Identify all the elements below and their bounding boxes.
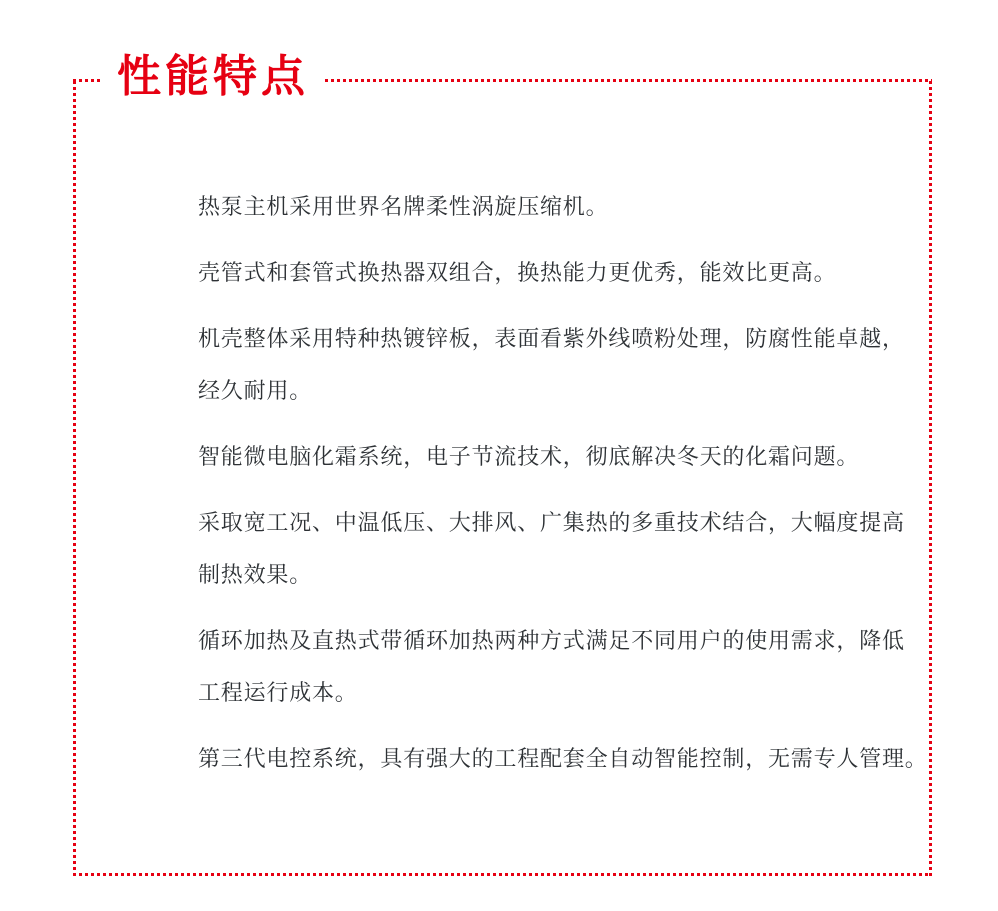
feature-paragraph: 机壳整体采用特种热镀锌板，表面看紫外线喷粉处理，防腐性能卓越， 经久耐用。	[198, 313, 907, 417]
feature-line: 智能微电脑化霜系统，电子节流技术，彻底解决冬天的化霜问题。	[198, 431, 907, 483]
feature-line: 机壳整体采用特种热镀锌板，表面看紫外线喷粉处理，防腐性能卓越，	[198, 313, 907, 365]
feature-line: 采取宽工况、中温低压、大排风、广集热的多重技术结合，大幅度提高	[198, 497, 907, 549]
feature-line: 制热效果。	[198, 549, 907, 601]
feature-paragraph: 壳管式和套管式换热器双组合，换热能力更优秀，能效比更高。	[198, 247, 907, 299]
feature-paragraph: 热泵主机采用世界名牌柔性涡旋压缩机。	[198, 181, 907, 233]
feature-paragraph: 第三代电控系统，具有强大的工程配套全自动智能控制，无需专人管理。	[198, 733, 907, 785]
feature-line: 工程运行成本。	[198, 667, 907, 719]
feature-line: 经久耐用。	[198, 365, 907, 417]
feature-paragraph: 采取宽工况、中温低压、大排风、广集热的多重技术结合，大幅度提高 制热效果。	[198, 497, 907, 601]
feature-paragraph: 循环加热及直热式带循环加热两种方式满足不同用户的使用需求，降低 工程运行成本。	[198, 615, 907, 719]
feature-line: 热泵主机采用世界名牌柔性涡旋压缩机。	[198, 181, 907, 233]
feature-line: 循环加热及直热式带循环加热两种方式满足不同用户的使用需求，降低	[198, 615, 907, 667]
feature-list: 热泵主机采用世界名牌柔性涡旋压缩机。 壳管式和套管式换热器双组合，换热能力更优秀…	[73, 79, 932, 876]
page: 性能特点 热泵主机采用世界名牌柔性涡旋压缩机。 壳管式和套管式换热器双组合，换热…	[0, 0, 998, 911]
feature-line: 壳管式和套管式换热器双组合，换热能力更优秀，能效比更高。	[198, 247, 907, 299]
feature-panel: 性能特点 热泵主机采用世界名牌柔性涡旋压缩机。 壳管式和套管式换热器双组合，换热…	[73, 79, 932, 876]
feature-paragraph: 智能微电脑化霜系统，电子节流技术，彻底解决冬天的化霜问题。	[198, 431, 907, 483]
feature-line: 第三代电控系统，具有强大的工程配套全自动智能控制，无需专人管理。	[198, 733, 907, 785]
